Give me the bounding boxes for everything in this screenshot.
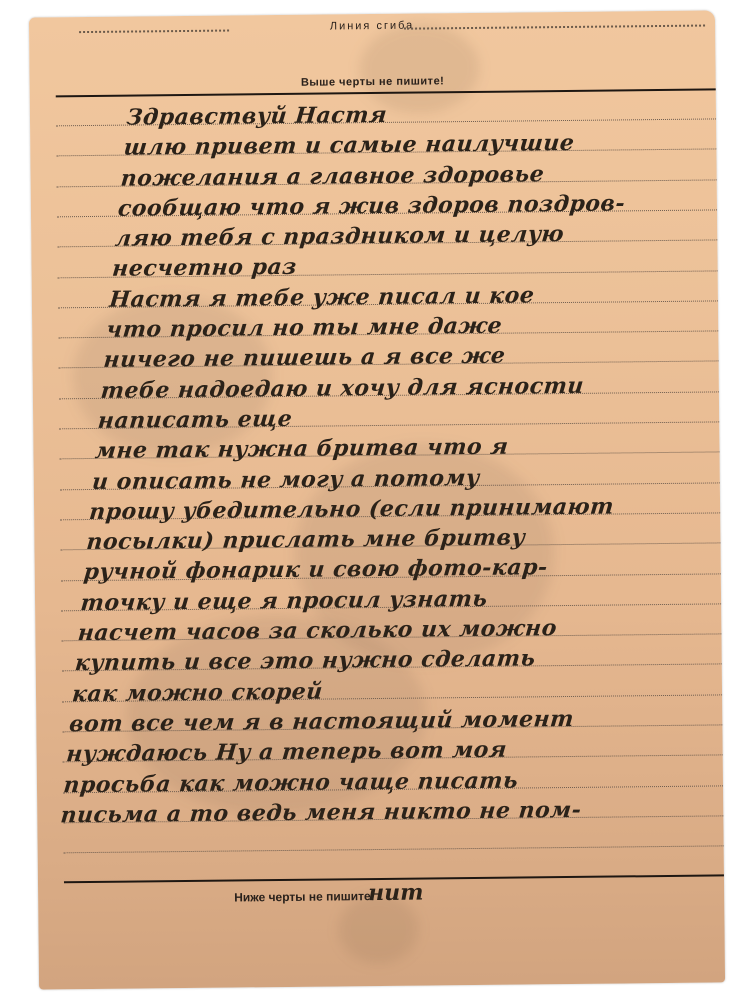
handwritten-line: письма а то ведь меня никто не пом-: [59, 794, 676, 831]
dotted-rule: [64, 846, 724, 854]
letter-paper: Линия сгиба Выше черты не пишите! Здравс…: [29, 10, 725, 989]
below-rule-note: Ниже черты не пишите!: [234, 889, 375, 904]
handwritten-continuation: нит: [368, 880, 424, 907]
handwritten-body: Здравствуй Настя шлю привет и самые наил…: [59, 96, 742, 830]
